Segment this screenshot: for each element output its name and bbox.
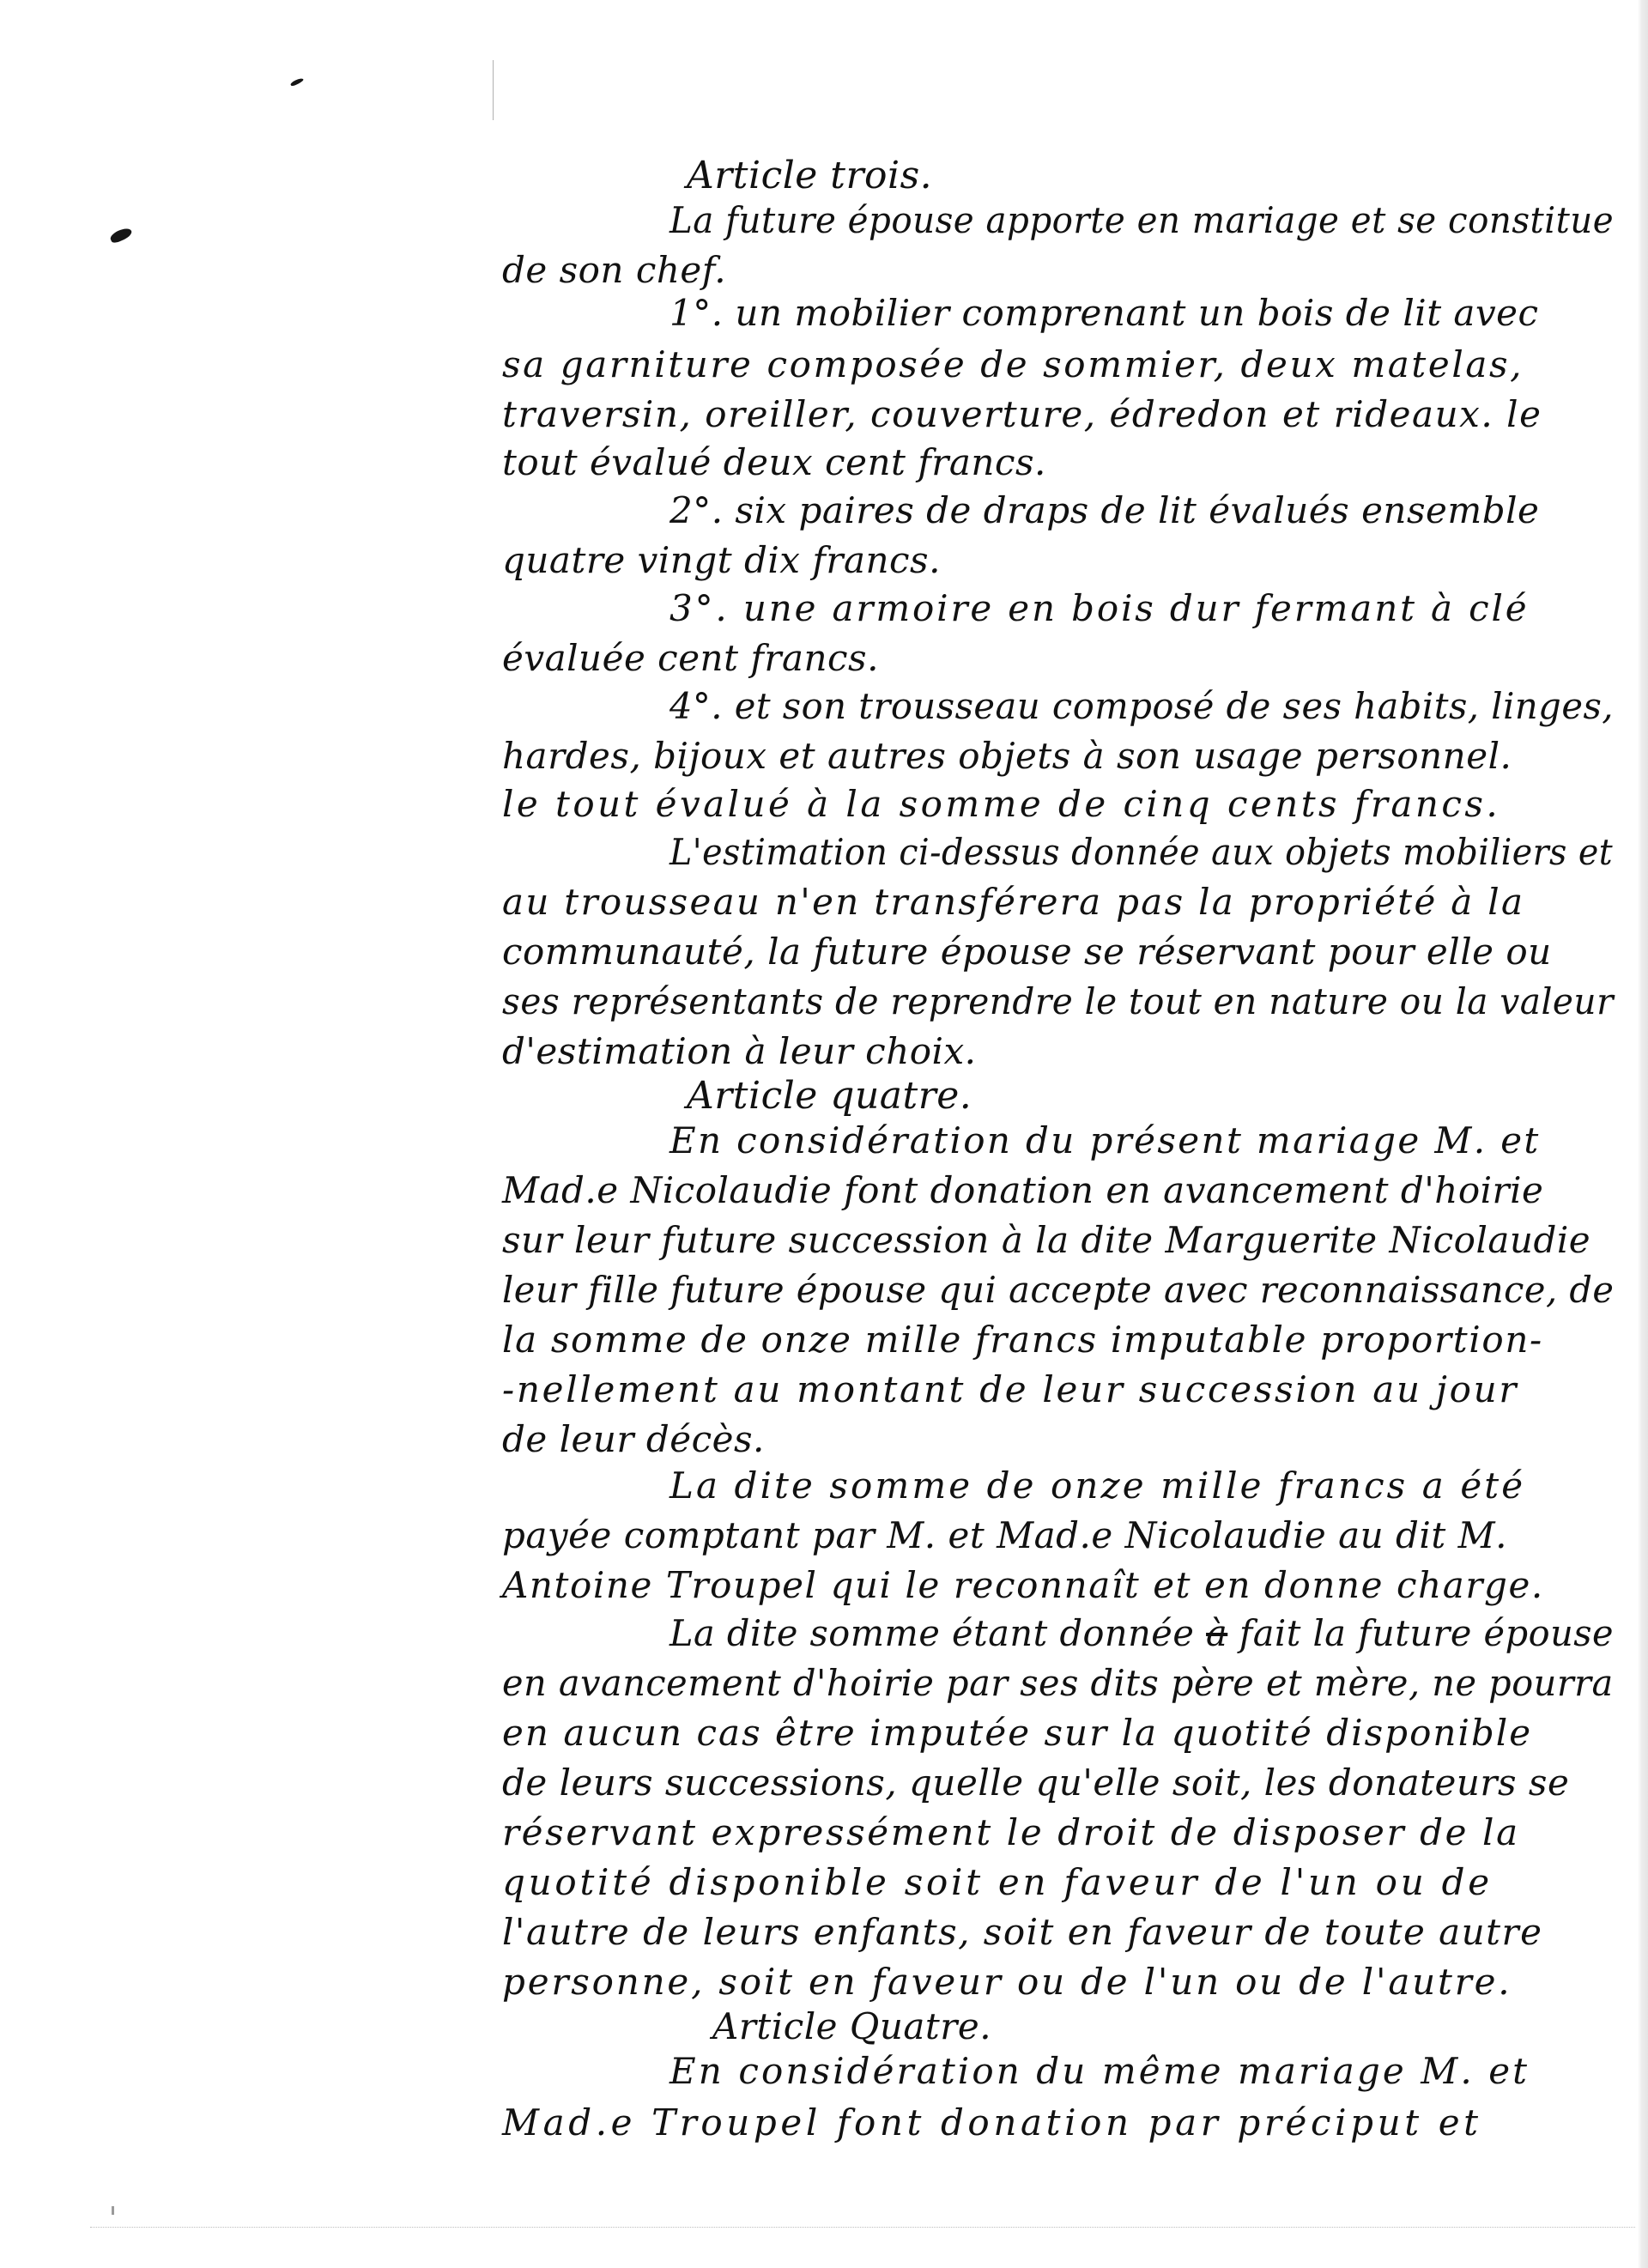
scanned-page: Article trois.La future épouse apporte e… (0, 0, 1648, 2268)
manuscript-line: traversin, oreiller, couverture, édredon… (502, 393, 1542, 436)
manuscript-line: ses représentants de reprendre le tout e… (502, 980, 1614, 1023)
manuscript-text: Article trois.La future épouse apporte e… (0, 0, 1648, 2268)
manuscript-line: communauté, la future épouse se réservan… (502, 931, 1552, 973)
manuscript-line: Mad.e Nicolaudie font donation en avance… (502, 1169, 1543, 1212)
manuscript-line: 1°. un mobilier comprenant un bois de li… (669, 292, 1539, 335)
manuscript-line: la somme de onze mille francs imputable … (502, 1319, 1543, 1361)
manuscript-line: sur leur future succession à la dite Mar… (502, 1219, 1590, 1262)
manuscript-line: 2°. six paires de draps de lit évalués e… (669, 489, 1539, 532)
manuscript-line: La future épouse apporte en mariage et s… (669, 199, 1614, 242)
manuscript-line: au trousseau n'en transférera pas la pro… (502, 881, 1524, 924)
manuscript-line: 3°. une armoire en bois dur fermant à cl… (669, 587, 1529, 630)
manuscript-line: En considération du présent mariage M. e… (669, 1119, 1541, 1162)
manuscript-line: quotité disponible soit en faveur de l'u… (502, 1861, 1493, 1904)
manuscript-line: La dite somme de onze mille francs a été (669, 1464, 1525, 1507)
manuscript-line: leur fille future épouse qui accepte ave… (502, 1269, 1615, 1312)
manuscript-line: Antoine Troupel qui le reconnaît et en d… (502, 1564, 1544, 1607)
manuscript-line: de son chef. (502, 249, 726, 292)
article-heading: Article Quatre. (712, 2005, 991, 2048)
manuscript-line: l'autre de leurs enfants, soit en faveur… (502, 1911, 1542, 1954)
manuscript-line: hardes, bijoux et autres objets à son us… (502, 735, 1512, 778)
manuscript-line: tout évalué deux cent francs. (502, 441, 1046, 484)
struck-word: à (1206, 1612, 1227, 1654)
manuscript-line: Mad.e Troupel font donation par préciput… (502, 2101, 1482, 2144)
manuscript-line: L'estimation ci-dessus donnée aux objets… (669, 831, 1613, 874)
manuscript-line: d'estimation à leur choix. (502, 1030, 977, 1073)
manuscript-line: évaluée cent francs. (502, 637, 879, 680)
manuscript-line: 4°. et son trousseau composé de ses habi… (669, 685, 1614, 728)
manuscript-line: personne, soit en faveur ou de l'un ou d… (502, 1961, 1512, 2004)
manuscript-line: quatre vingt dix francs. (502, 539, 941, 582)
manuscript-line: en avancement d'hoirie par ses dits père… (502, 1662, 1614, 1705)
manuscript-line: réservant expressément le droit de dispo… (502, 1811, 1520, 1854)
manuscript-line: de leur décès. (502, 1418, 765, 1461)
manuscript-line: sa garniture composée de sommier, deux m… (502, 343, 1524, 386)
manuscript-line: -nellement au montant de leur succession… (502, 1368, 1518, 1411)
manuscript-line: La dite somme étant donnée à fait la fut… (669, 1612, 1614, 1655)
manuscript-line: En considération du même mariage M. et (669, 2050, 1530, 2093)
manuscript-line: en aucun cas être imputée sur la quotité… (502, 1712, 1532, 1755)
manuscript-line: payée comptant par M. et Mad.e Nicolaudi… (502, 1514, 1507, 1557)
article-heading: Article quatre. (687, 1075, 972, 1118)
manuscript-line: le tout évalué à la somme de cinq cents … (502, 783, 1500, 826)
manuscript-line: de leurs successions, quelle qu'elle soi… (502, 1762, 1569, 1804)
article-heading: Article trois. (687, 155, 932, 197)
